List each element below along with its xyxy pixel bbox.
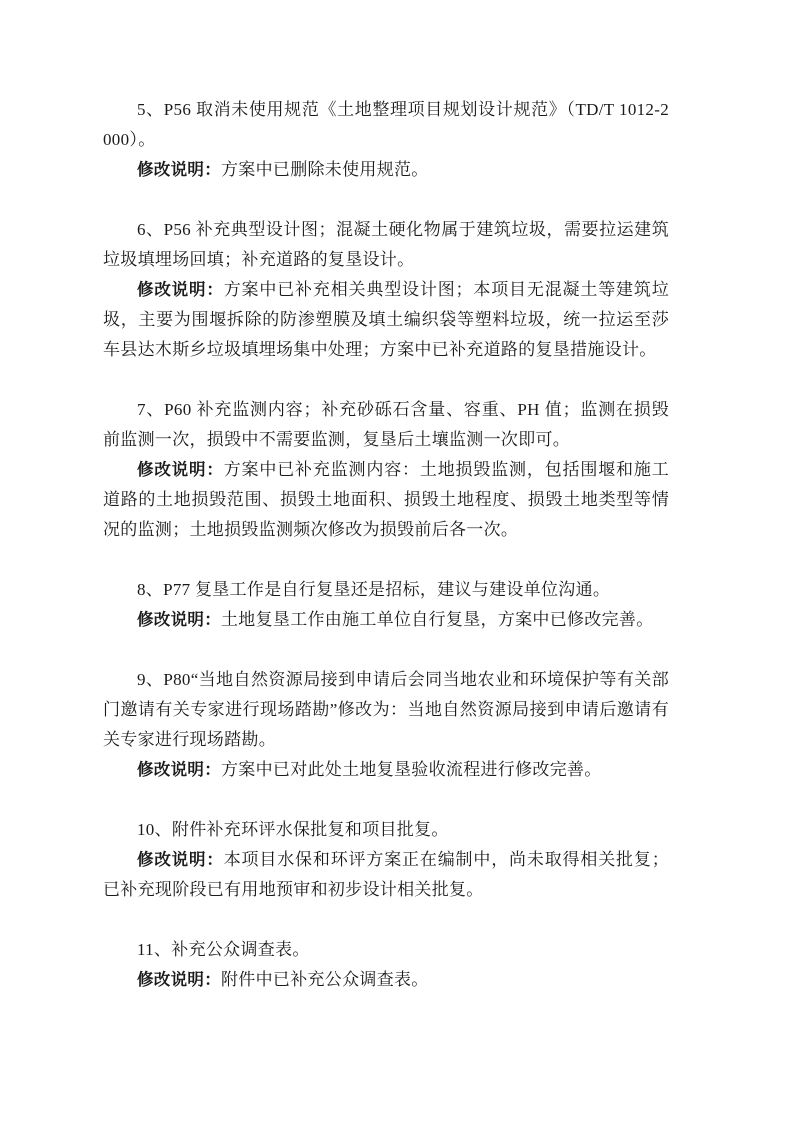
revision-explanation: 修改说明：方案中已补充相关典型设计图；本项目无混凝土等建筑垃圾，主要为围堰拆除的… [103, 275, 669, 365]
revision-label: 修改说明： [137, 461, 224, 479]
revision-explanation: 修改说明：方案中已删除未使用规范。 [103, 155, 669, 185]
reviewer-comment: 7、P60 补充监测内容；补充砂砾石含量、容重、PH 值；监测在损毁前监测一次，… [103, 395, 669, 455]
revision-explanation: 修改说明：土地复垦工作由施工单位自行复垦，方案中已修改完善。 [103, 605, 669, 635]
revision-label: 修改说明： [137, 281, 224, 299]
reviewer-comment: 10、附件补充环评水保批复和项目批复。 [103, 815, 669, 845]
revision-item-10: 10、附件补充环评水保批复和项目批复。 修改说明：本项目水保和环评方案正在编制中… [103, 815, 669, 905]
revision-explanation: 修改说明：本项目水保和环评方案正在编制中，尚未取得相关批复；已补充现阶段已有用地… [103, 845, 669, 905]
revision-label: 修改说明： [137, 851, 224, 869]
reviewer-comment: 6、P56 补充典型设计图；混凝土硬化物属于建筑垃圾，需要拉运建筑垃圾填埋场回填… [103, 215, 669, 275]
revision-label: 修改说明： [137, 611, 221, 629]
revision-explanation: 修改说明：方案中已补充监测内容：土地损毁监测，包括围堰和施工道路的土地损毁范围、… [103, 455, 669, 545]
revision-label: 修改说明： [137, 761, 221, 779]
revision-explanation: 修改说明：附件中已补充公众调查表。 [103, 965, 669, 995]
revision-label: 修改说明： [137, 971, 221, 989]
revision-item-8: 8、P77 复垦工作是自行复垦还是招标，建议与建设单位沟通。 修改说明：土地复垦… [103, 575, 669, 635]
revision-text: 方案中已删除未使用规范。 [221, 160, 429, 179]
revision-item-5: 5、P56 取消未使用规范《土地整理项目规划设计规范》（TD/T 1012-20… [103, 95, 669, 185]
reviewer-comment: 9、P80“当地自然资源局接到申请后会同当地农业和环境保护等有关部门邀请有关专家… [103, 665, 669, 755]
revision-item-9: 9、P80“当地自然资源局接到申请后会同当地农业和环境保护等有关部门邀请有关专家… [103, 665, 669, 785]
reviewer-comment: 8、P77 复垦工作是自行复垦还是招标，建议与建设单位沟通。 [103, 575, 669, 605]
reviewer-comment: 5、P56 取消未使用规范《土地整理项目规划设计规范》（TD/T 1012-20… [103, 95, 669, 155]
revision-text: 附件中已补充公众调查表。 [221, 970, 429, 989]
document-content: 5、P56 取消未使用规范《土地整理项目规划设计规范》（TD/T 1012-20… [0, 0, 793, 995]
revision-item-6: 6、P56 补充典型设计图；混凝土硬化物属于建筑垃圾，需要拉运建筑垃圾填埋场回填… [103, 215, 669, 365]
revision-item-7: 7、P60 补充监测内容；补充砂砾石含量、容重、PH 值；监测在损毁前监测一次，… [103, 395, 669, 545]
revision-explanation: 修改说明：方案中已对此处土地复垦验收流程进行修改完善。 [103, 755, 669, 785]
document-page: 5、P56 取消未使用规范《土地整理项目规划设计规范》（TD/T 1012-20… [0, 0, 793, 1122]
revision-text: 土地复垦工作由施工单位自行复垦，方案中已修改完善。 [221, 610, 654, 629]
revision-item-11: 11、补充公众调查表。 修改说明：附件中已补充公众调查表。 [103, 935, 669, 995]
revision-label: 修改说明： [137, 161, 221, 179]
revision-text: 方案中已对此处土地复垦验收流程进行修改完善。 [221, 760, 602, 779]
reviewer-comment: 11、补充公众调查表。 [103, 935, 669, 965]
